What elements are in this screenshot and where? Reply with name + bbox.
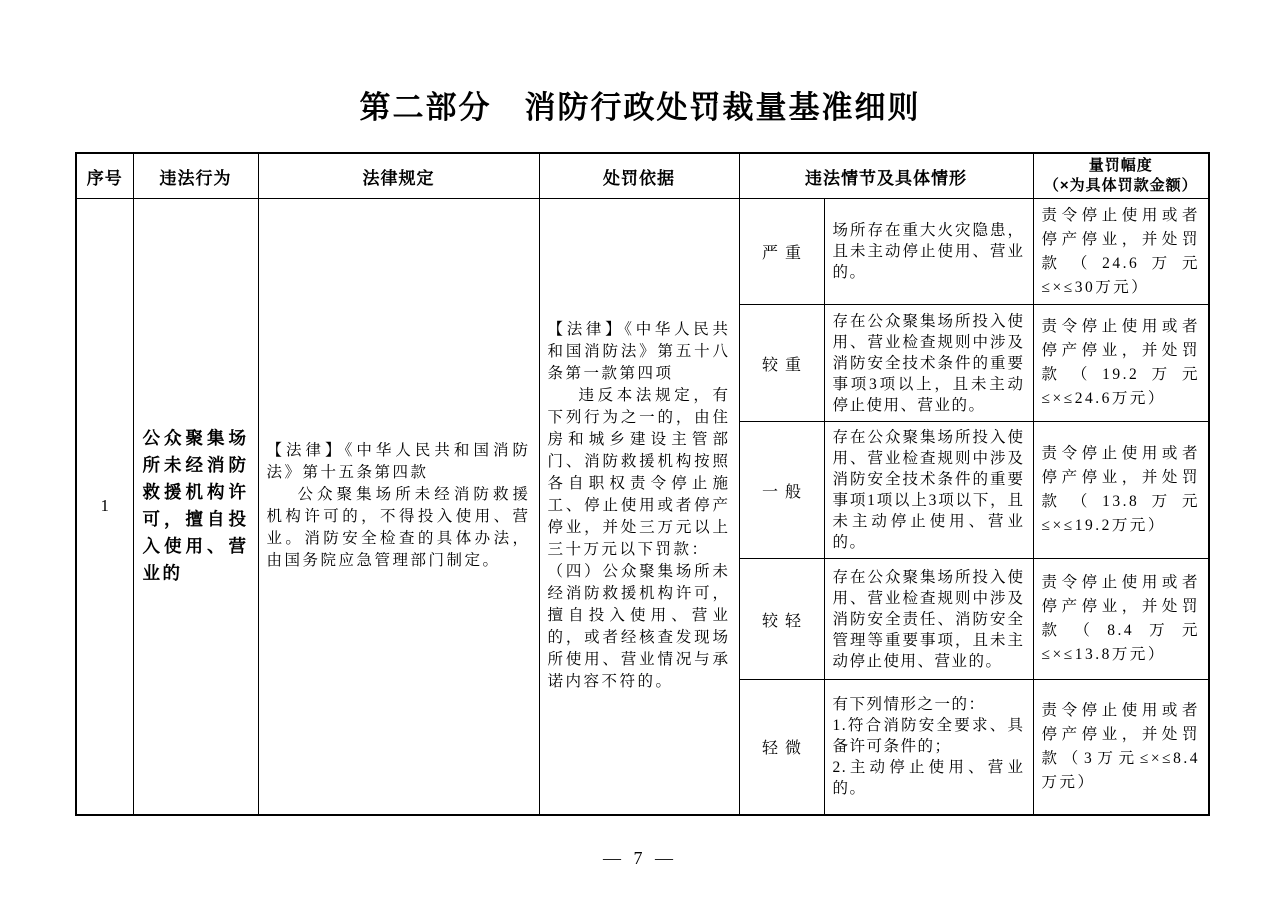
penalty-basis-cell: 【法律】《中华人民共和国消防法》第五十八条第一款第四项 违反本法规定，有下列行为… — [539, 199, 739, 815]
penalty-cell: 责令停止使用或者停产停业，并处罚款（8.4万元≤×≤13.8万元） — [1033, 559, 1209, 680]
penalty-standards-table: 序号 违法行为 法律规定 处罚依据 违法情节及具体情形 量罚幅度 （×为具体罚款… — [75, 152, 1210, 816]
severity-level: 较轻 — [739, 559, 824, 680]
penalty-basis-citation: 【法律】《中华人民共和国消防法》第五十八条第一款第四项 — [548, 319, 731, 385]
penalty-cell: 责令停止使用或者停产停业，并处罚款（3万元≤×≤8.4万元） — [1033, 680, 1209, 815]
col-header-index: 序号 — [76, 153, 133, 199]
penalty-cell: 责令停止使用或者停产停业，并处罚款（13.8万元≤×≤19.2万元） — [1033, 422, 1209, 559]
legal-provision-citation: 【法律】《中华人民共和国消防法》第十五条第四款 — [267, 440, 531, 484]
penalty-basis-text: 违反本法规定，有下列行为之一的，由住房和城乡建设主管部门、消防救援机构按照各自职… — [548, 385, 731, 561]
severity-level: 轻微 — [739, 680, 824, 815]
page-title: 第二部分 消防行政处罚裁量基准细则 — [0, 0, 1280, 127]
document-page: 第二部分 消防行政处罚裁量基准细则 序号 违法行为 法律规定 处罚依据 违法情节… — [0, 0, 1280, 905]
severity-level: 一般 — [739, 422, 824, 559]
row-index: 1 — [76, 199, 133, 815]
severity-level: 严重 — [739, 199, 824, 305]
penalty-cell: 责令停止使用或者停产停业，并处罚款（19.2万元≤×≤24.6万元） — [1033, 305, 1209, 422]
table-header-row: 序号 违法行为 法律规定 处罚依据 违法情节及具体情形 量罚幅度 （×为具体罚款… — [76, 153, 1209, 199]
severity-row-severe: 1 公众聚集场所未经消防救援机构许可，擅自投入使用、营业的 【法律】《中华人民共… — [76, 199, 1209, 305]
situation-cell: 存在公众聚集场所投入使用、营业检查规则中涉及消防安全技术条件的重要事项3项以上，… — [824, 305, 1033, 422]
penalty-basis-item: （四）公众聚集场所未经消防救援机构许可，擅自投入使用、营业的，或者经核查发现场所… — [548, 561, 731, 693]
col-header-legal-provision: 法律规定 — [258, 153, 539, 199]
situation-cell: 存在公众聚集场所投入使用、营业检查规则中涉及消防安全责任、消防安全管理等重要事项… — [824, 559, 1033, 680]
penalty-range-title: 量罚幅度 — [1038, 156, 1205, 176]
page-number: — 7 — — [0, 848, 1280, 869]
severity-level: 较重 — [739, 305, 824, 422]
situation-cell: 有下列情形之一的： 1.符合消防安全要求、具备许可条件的； 2.主动停止使用、营… — [824, 680, 1033, 815]
col-header-violation: 违法行为 — [133, 153, 258, 199]
situation-cell: 存在公众聚集场所投入使用、营业检查规则中涉及消防安全技术条件的重要事项1项以上3… — [824, 422, 1033, 559]
col-header-circumstances: 违法情节及具体情形 — [739, 153, 1033, 199]
col-header-penalty-basis: 处罚依据 — [539, 153, 739, 199]
legal-provision-text: 公众聚集场所未经消防救援机构许可的，不得投入使用、营业。消防安全检查的具体办法，… — [267, 484, 531, 572]
situation-cell: 场所存在重大火灾隐患，且未主动停止使用、营业的。 — [824, 199, 1033, 305]
legal-provision-cell: 【法律】《中华人民共和国消防法》第十五条第四款 公众聚集场所未经消防救援机构许可… — [258, 199, 539, 815]
violation-cell: 公众聚集场所未经消防救援机构许可，擅自投入使用、营业的 — [133, 199, 258, 815]
penalty-range-note: （×为具体罚款金额） — [1038, 176, 1205, 196]
penalty-cell: 责令停止使用或者停产停业，并处罚款（24.6万元≤×≤30万元） — [1033, 199, 1209, 305]
col-header-penalty-range: 量罚幅度 （×为具体罚款金额） — [1033, 153, 1209, 199]
